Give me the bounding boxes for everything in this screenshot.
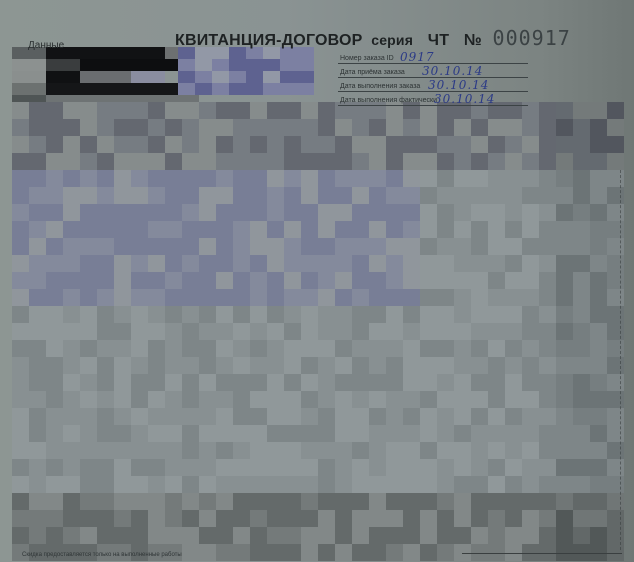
series-label: серия <box>371 32 413 48</box>
order-id-field: Номер заказа ID 0917 <box>338 50 528 64</box>
field-value: 0917 <box>400 50 435 64</box>
number-sign: № <box>464 32 482 49</box>
field-label: Номер заказа ID <box>340 55 394 62</box>
order-due-date-field: Дата выполнения заказа 30.10.14 <box>338 78 528 92</box>
field-value: 30.10.14 <box>434 92 495 106</box>
field-label: Дата приёма заказа <box>340 69 405 76</box>
field-value: 30.10.14 <box>428 78 489 92</box>
client-data-label: Данные <box>28 40 64 51</box>
field-label: Дата выполнения фактически <box>340 97 437 104</box>
pixelated-redaction <box>0 0 634 562</box>
title-text: КВИТАНЦИЯ-ДОГОВОР <box>175 32 363 49</box>
order-fields: Номер заказа ID 0917 Дата приёма заказа … <box>338 50 528 106</box>
series-code: ЧТ <box>428 32 449 49</box>
perforation-line <box>620 170 622 550</box>
order-received-date-field: Дата приёма заказа 30.10.14 <box>338 64 528 78</box>
order-actual-date-field: Дата выполнения фактически 30.10.14 <box>338 92 528 106</box>
field-label: Дата выполнения заказа <box>340 83 420 90</box>
document-title: КВИТАНЦИЯ-ДОГОВОР серия ЧТ № 000917 <box>175 26 571 50</box>
signature-line <box>462 553 622 554</box>
receipt-paper: КВИТАНЦИЯ-ДОГОВОР серия ЧТ № 000917 Данн… <box>0 0 634 562</box>
receipt-number: 000917 <box>493 26 571 50</box>
field-value: 30.10.14 <box>422 64 483 78</box>
footer-note: Скидка предоставляется только на выполне… <box>22 552 182 558</box>
